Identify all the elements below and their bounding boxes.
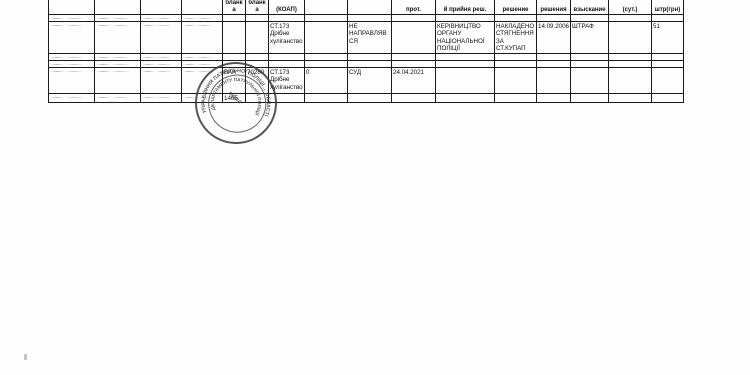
table-cell-protocol-date: 24.04.2021	[392, 68, 436, 94]
table-cell-c8	[305, 15, 348, 22]
column-header-c8	[305, 0, 348, 15]
redacted-text	[142, 71, 180, 72]
column-header-c4	[182, 0, 223, 15]
column-header-days: (сут.)	[609, 0, 652, 15]
table-cell-days	[609, 68, 652, 94]
scanned-page: бланкабланка(КОАП)прот.й прийня реш.реше…	[0, 0, 750, 375]
column-header-decision-date: решения	[537, 0, 571, 15]
table-cell-c9	[348, 15, 392, 22]
table-cell-decision-body	[436, 61, 495, 68]
table-cell-c3	[141, 22, 182, 54]
table-cell-decision-body	[436, 15, 495, 22]
table-cell-penalty	[571, 94, 609, 103]
table-row	[49, 15, 684, 22]
column-header-penalty: взыскание	[571, 0, 609, 15]
table-cell-article: СТ.173 Дрібне хуліганство	[269, 22, 305, 54]
table-cell-protocol-date	[392, 22, 436, 54]
redacted-text	[183, 64, 221, 65]
redacted-text	[183, 18, 221, 19]
table-cell-decision	[495, 54, 537, 61]
column-header-blank-series: бланка	[223, 0, 246, 15]
table-cell-c9	[348, 54, 392, 61]
table-cell-decision: НАКЛАДЕНО СТЯГНЕННЯ ЗА СТ.КУПАП	[495, 22, 537, 54]
table-cell-c1	[49, 68, 95, 94]
redacted-text	[50, 97, 93, 98]
column-header-article: (КОАП)	[269, 0, 305, 15]
scan-artifact	[24, 354, 27, 360]
table-cell-c9	[348, 61, 392, 68]
redacted-text	[142, 97, 180, 98]
table-cell-c8	[305, 54, 348, 61]
column-header-decision: решение	[495, 0, 537, 15]
column-header-c3	[141, 0, 182, 15]
table-cell-decision	[495, 94, 537, 103]
redacted-text	[142, 57, 180, 58]
redacted-text	[96, 71, 139, 72]
table-cell-penalty	[571, 54, 609, 61]
table-cell-penalty	[571, 61, 609, 68]
table-cell-c3	[141, 61, 182, 68]
register-table: бланкабланка(КОАП)прот.й прийня реш.реше…	[48, 0, 684, 103]
table-cell-blank-number	[246, 22, 269, 54]
table-cell-decision-body	[436, 94, 495, 103]
table-row	[49, 54, 684, 61]
column-header-decision-body: й прийня реш.	[436, 0, 495, 15]
table-cell-c4	[182, 54, 223, 61]
redacted-text	[142, 25, 180, 26]
table-header-row: бланкабланка(КОАП)прот.й прийня реш.реше…	[49, 0, 684, 15]
redacted-text	[183, 57, 221, 58]
redacted-text	[50, 25, 93, 26]
table-cell-protocol-date	[392, 54, 436, 61]
redacted-text	[183, 25, 221, 26]
table-cell-decision-date	[537, 61, 571, 68]
table-cell-days	[609, 15, 652, 22]
table-cell-c2	[95, 22, 141, 54]
column-header-protocol-date: прот.	[392, 0, 436, 15]
table-cell-c2	[95, 68, 141, 94]
redacted-text	[96, 25, 139, 26]
table-cell-fine	[652, 54, 684, 61]
redacted-text	[50, 64, 93, 65]
table-cell-c8	[305, 61, 348, 68]
table-cell-c3	[141, 94, 182, 103]
table-cell-article	[269, 61, 305, 68]
table-cell-c8: 0	[305, 68, 348, 94]
redacted-text	[50, 71, 93, 72]
table-cell-c9	[348, 94, 392, 103]
table-cell-c4	[182, 22, 223, 54]
table-cell-c4	[182, 15, 223, 22]
table-cell-decision-date	[537, 54, 571, 61]
table-cell-decision-date	[537, 94, 571, 103]
column-header-c2	[95, 0, 141, 15]
column-header-blank-number: бланка	[246, 0, 269, 15]
table-cell-c3	[141, 68, 182, 94]
column-header-fine: штр(грн)	[652, 0, 684, 15]
redacted-text	[50, 18, 93, 19]
table-cell-c1	[49, 61, 95, 68]
table-cell-c1	[49, 54, 95, 61]
redacted-text	[50, 57, 93, 58]
table-cell-c1	[49, 22, 95, 54]
table-cell-blank-series	[223, 15, 246, 22]
table-cell-fine	[652, 15, 684, 22]
table-cell-fine	[652, 61, 684, 68]
table-cell-article	[269, 54, 305, 61]
table-row: СТ.173 Дрібне хуліганствоНЕ НАПРАВЛЯВСЯК…	[49, 22, 684, 54]
table-cell-c9: СУД	[348, 68, 392, 94]
redacted-text	[142, 64, 180, 65]
redacted-text	[96, 97, 139, 98]
table-cell-c1	[49, 15, 95, 22]
table-cell-decision-body	[436, 68, 495, 94]
table-cell-fine	[652, 68, 684, 94]
table-cell-decision	[495, 68, 537, 94]
table-cell-days	[609, 94, 652, 103]
table-cell-fine: 51	[652, 22, 684, 54]
table-cell-c2	[95, 15, 141, 22]
table-cell-decision	[495, 15, 537, 22]
table-row: ВАА70280СТ.173 Дрібне хуліганство0СУД24.…	[49, 68, 684, 94]
redacted-text	[96, 18, 139, 19]
table-cell-blank-number	[246, 15, 269, 22]
table-cell-c8	[305, 94, 348, 103]
table-cell-fine	[652, 94, 684, 103]
table-cell-protocol-date	[392, 94, 436, 103]
table-cell-penalty: ШТРАФ	[571, 22, 609, 54]
table-cell-penalty	[571, 68, 609, 94]
table-cell-decision	[495, 61, 537, 68]
table-cell-c3	[141, 54, 182, 61]
table-cell-article	[269, 15, 305, 22]
table-cell-decision-date	[537, 15, 571, 22]
table-row: 1465	[49, 94, 684, 103]
table-cell-c2	[95, 94, 141, 103]
table-cell-days	[609, 22, 652, 54]
table-cell-c2	[95, 61, 141, 68]
table-cell-decision-body	[436, 54, 495, 61]
table-cell-blank-series	[223, 22, 246, 54]
table-cell-days	[609, 54, 652, 61]
column-header-c9	[348, 0, 392, 15]
table-cell-penalty	[571, 15, 609, 22]
table-cell-c2	[95, 54, 141, 61]
table-cell-c1	[49, 94, 95, 103]
table-cell-days	[609, 61, 652, 68]
redacted-text	[142, 18, 180, 19]
table-cell-c3	[141, 15, 182, 22]
table-cell-protocol-date	[392, 61, 436, 68]
table-cell-protocol-date	[392, 15, 436, 22]
table-cell-c8	[305, 22, 348, 54]
table-cell-decision-date	[537, 68, 571, 94]
column-header-c1	[49, 0, 95, 15]
redacted-text	[96, 57, 139, 58]
table-row	[49, 61, 684, 68]
table-cell-decision-date: 14.09.2006	[537, 22, 571, 54]
redacted-text	[96, 64, 139, 65]
table-cell-c9: НЕ НАПРАВЛЯВСЯ	[348, 22, 392, 54]
table-cell-decision-body: КЕРІВНИЦТВО ОРГАНУ НАЦІОНАЛЬНОЇ ПОЛІЦІЇ	[436, 22, 495, 54]
